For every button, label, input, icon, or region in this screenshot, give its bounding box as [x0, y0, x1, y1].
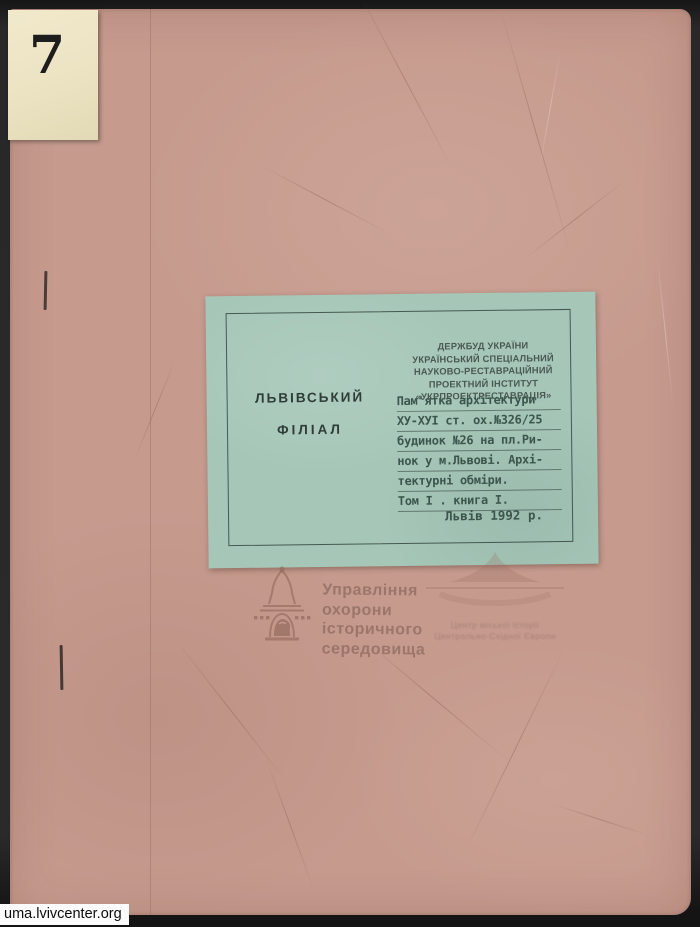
typed-line: Пам'ятка архітектури	[397, 390, 561, 412]
stamp-line: Центр міської історії	[413, 620, 577, 631]
stamp-line: середовища	[322, 639, 426, 660]
texture-scratch	[134, 358, 176, 460]
typed-line: тектурні обміри.	[398, 470, 562, 492]
shelf-tab: 7	[8, 10, 98, 140]
texture-scratch	[552, 804, 647, 836]
typed-title-block: Пам'ятка архітектури ХУ-ХУІ ст. ох.№326/…	[397, 390, 562, 512]
credit-watermark: uma.lvivcenter.org	[0, 904, 129, 925]
texture-scratch	[464, 646, 566, 853]
typed-line: будинок №26 на пл.Ри-	[397, 430, 561, 452]
stamp-line: Управління	[322, 580, 426, 601]
dome-silhouette-icon	[420, 550, 570, 614]
texture-scratch	[523, 179, 626, 260]
texture-scratch	[539, 50, 561, 168]
branch-name: ЛЬВІВСЬКИЙ ФІЛІАЛ	[231, 389, 390, 438]
typed-line: нок у м.Львові. Архі-	[397, 450, 561, 472]
texture-scratch	[355, 0, 454, 172]
title-label: ЛЬВІВСЬКИЙ ФІЛІАЛ ДЕРЖБУД УКРАЇНИ УКРАЇН…	[205, 292, 598, 569]
fold-crease	[150, 9, 151, 914]
stamp-line: Центрально-Східної Європи	[413, 631, 577, 642]
archive-stamp-text: Центр міської історії Центрально-Східної…	[413, 620, 577, 641]
heritage-office-stamp-text: Управління охорони історичного середовищ…	[322, 580, 426, 659]
texture-scratch	[266, 759, 315, 891]
townhall-lion-icon	[250, 566, 314, 644]
branch-line: ФІЛІАЛ	[231, 421, 389, 438]
shelf-tab-number: 7	[29, 30, 65, 82]
scanned-folder-cover: 7 ЛЬВІВСЬКИЙ ФІЛІАЛ ДЕРЖБУД УКРАЇНИ УКРА…	[0, 0, 700, 927]
texture-scratch	[499, 4, 572, 254]
typed-line: ХУ-ХУІ ст. ох.№326/25	[397, 410, 561, 432]
place-year: Львів 1992 р.	[398, 507, 562, 524]
branch-line: ЛЬВІВСЬКИЙ	[231, 389, 389, 406]
texture-scratch	[259, 164, 392, 235]
texture-scratch	[174, 638, 286, 780]
stamp-line: історичного	[322, 619, 426, 640]
texture-scratch	[657, 255, 674, 404]
stamp-line: охорони	[322, 600, 426, 621]
institute-line: НАУКОВО-РЕСТАВРАЦІЙНИЙ	[384, 364, 582, 379]
